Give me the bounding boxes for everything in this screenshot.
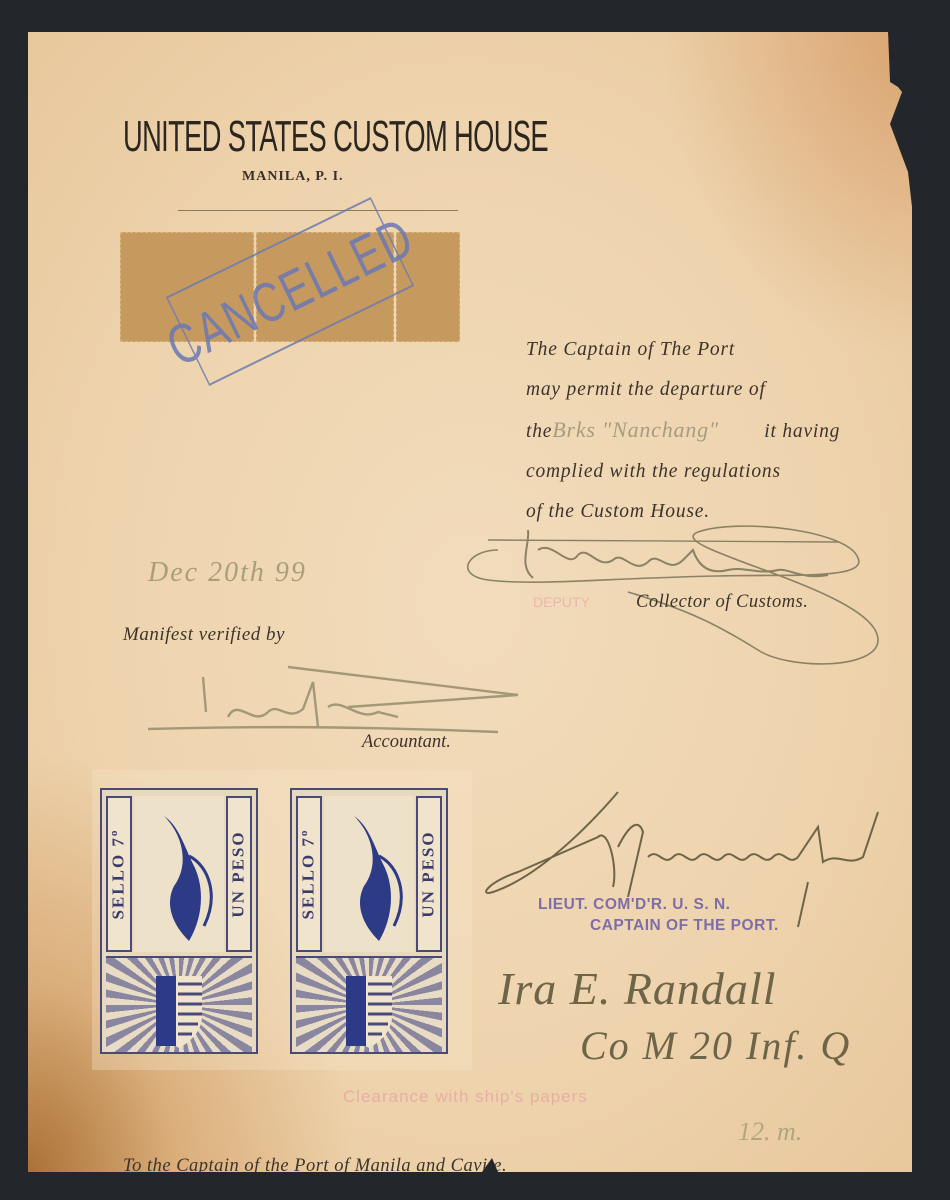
endorsement-unit: Co M 20 Inf. Q [580, 1022, 851, 1069]
accountant-label: Accountant. [362, 732, 451, 753]
letterhead-subtitle: MANILA, P. I. [242, 169, 344, 185]
clearance-line: complied with the regulations [526, 452, 886, 492]
shield-icon [106, 958, 252, 1052]
clearance-line: may permit the departure of [526, 370, 886, 410]
captain-stamp-rank: LIEUT. COM'D'R. U. S. N. [538, 894, 779, 915]
time-note: 12. m. [738, 1117, 802, 1147]
sello-stamp: SELLO 7º UN PESO [100, 788, 258, 1054]
accountant-signature [128, 637, 548, 737]
footer-addressee: To the Captain of the Port of Manila and… [123, 1156, 507, 1177]
clearance-text: The Captain of The Port may permit the d… [526, 330, 886, 532]
collector-label: Collector of Customs. [636, 592, 808, 613]
clearance-suffix: it having [764, 421, 840, 442]
sello-right-label: UN PESO [226, 796, 252, 952]
eagle-icon [134, 796, 224, 952]
shield-seal [296, 956, 442, 1052]
shield-icon [296, 958, 442, 1052]
sello-stamp: SELLO 7º UN PESO [290, 788, 448, 1054]
sello-right-label: UN PESO [416, 796, 442, 952]
deputy-stamp-faint: DEPUTY [533, 594, 590, 610]
clearance-line-vessel: theBrks "Nanchang"it having [526, 410, 886, 452]
captain-of-port-stamp: LIEUT. COM'D'R. U. S. N. CAPTAIN OF THE … [538, 894, 779, 936]
header-divider [178, 210, 458, 211]
sello-stamp-panel: SELLO 7º UN PESO SELLO 7º [92, 770, 472, 1070]
vessel-name-handwritten: Brks "Nanchang" [552, 410, 764, 450]
customs-clearance-document: UNITED STATES CUSTOM HOUSE MANILA, P. I.… [28, 32, 912, 1172]
clearance-line: The Captain of The Port [526, 330, 886, 370]
date-handwritten: Dec 20th 99 [148, 557, 307, 589]
cancelled-stamp: CANCELLED [166, 197, 414, 386]
shield-seal [106, 956, 252, 1052]
sello-left-label: SELLO 7º [296, 796, 322, 952]
endorsement-name: Ira E. Randall [498, 962, 776, 1015]
captain-stamp-title: CAPTAIN OF THE PORT. [538, 915, 779, 936]
faint-red-stamp: Clearance with ship's papers [343, 1087, 588, 1107]
clearance-prefix: the [526, 421, 552, 442]
letterhead-title: UNITED STATES CUSTOM HOUSE [123, 112, 548, 162]
eagle-icon [324, 796, 414, 952]
sello-left-label: SELLO 7º [106, 796, 132, 952]
